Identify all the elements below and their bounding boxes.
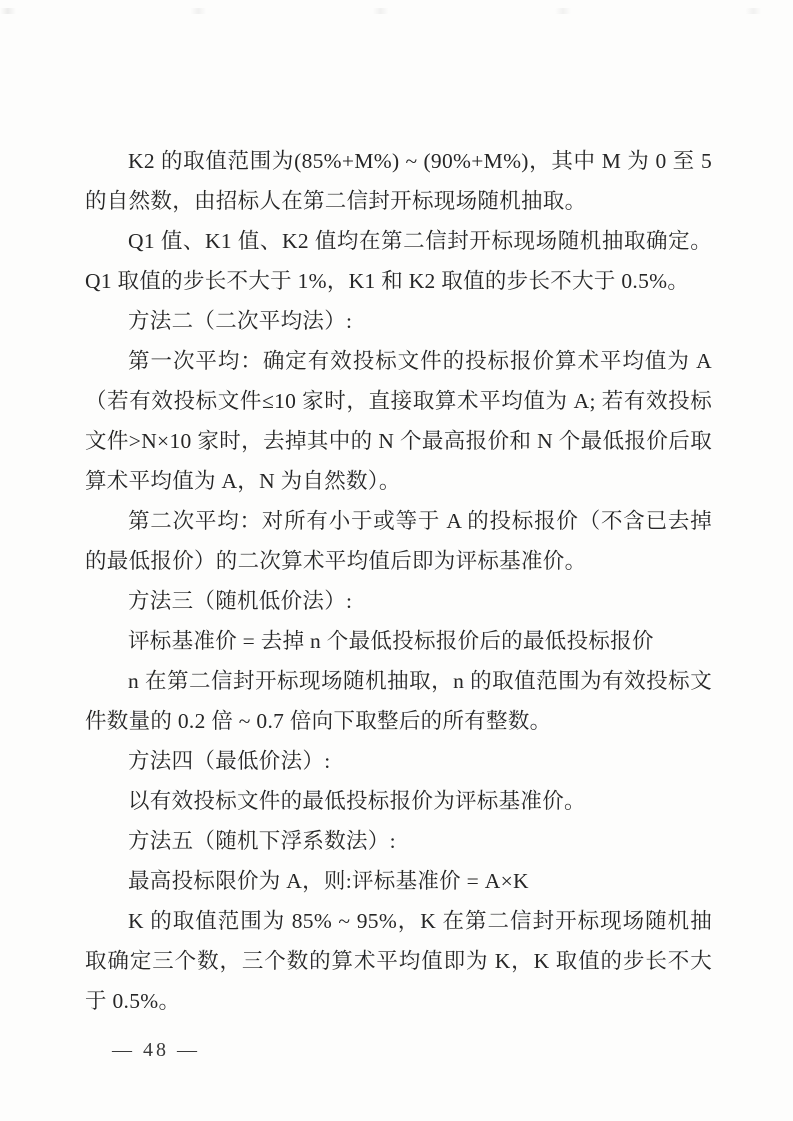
- document-page: K2 的取值范围为(85%+M%) ~ (90%+M%)，其中 M 为 0 至 …: [0, 0, 793, 1121]
- page-number: — 48 —: [112, 1036, 200, 1064]
- paragraph: 以有效投标文件的最低投标报价为评标基准价。: [85, 781, 712, 821]
- paragraph: K 的取值范围为 85% ~ 95%，K 在第二信封开标现场随机抽取确定三个数，…: [85, 901, 712, 1021]
- scan-artifacts: [0, 8, 793, 14]
- paragraph: Q1 值、K1 值、K2 值均在第二信封开标现场随机抽取确定。Q1 取值的步长不…: [85, 221, 712, 301]
- paragraph: K2 的取值范围为(85%+M%) ~ (90%+M%)，其中 M 为 0 至 …: [85, 141, 712, 221]
- document-body: K2 的取值范围为(85%+M%) ~ (90%+M%)，其中 M 为 0 至 …: [85, 141, 712, 1021]
- paragraph: 评标基准价 = 去掉 n 个最低投标报价后的最低投标报价: [85, 621, 712, 661]
- paragraph: 方法四（最低价法）:: [85, 741, 712, 781]
- paragraph: 最高投标限价为 A，则:评标基准价 = A×K: [85, 861, 712, 901]
- paragraph: n 在第二信封开标现场随机抽取，n 的取值范围为有效投标文件数量的 0.2 倍 …: [85, 661, 712, 741]
- paragraph: 第二次平均：对所有小于或等于 A 的投标报价（不含已去掉的最低报价）的二次算术平…: [85, 501, 712, 581]
- paragraph: 第一次平均：确定有效投标文件的投标报价算术平均值为 A（若有效投标文件≤10 家…: [85, 341, 712, 501]
- paragraph: 方法三（随机低价法）:: [85, 581, 712, 621]
- paragraph: 方法五（随机下浮系数法）:: [85, 821, 712, 861]
- paragraph: 方法二（二次平均法）:: [85, 301, 712, 341]
